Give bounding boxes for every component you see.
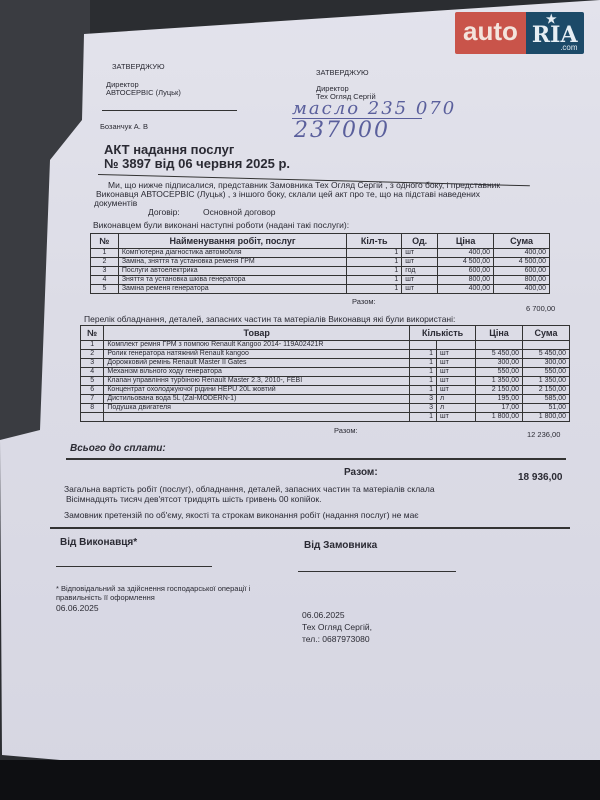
table-cell	[410, 341, 437, 350]
customer-date: 06.06.2025	[302, 610, 345, 620]
table-cell: 300,00	[523, 359, 570, 368]
column-header: №	[91, 234, 119, 249]
table-cell: 585,00	[523, 395, 570, 404]
table-cell	[476, 341, 523, 350]
customer-name: Тех Огляд Сергій,	[302, 622, 372, 632]
summary-text-1: Загальна вартість робіт (послуг), обладн…	[64, 484, 435, 494]
approve-left-heading: ЗАТВЕРДЖУЮ	[112, 62, 165, 71]
handwritten-note-2: 237000	[294, 118, 390, 143]
column-header: Товар	[104, 326, 410, 341]
works-total: 6 700,00	[526, 304, 555, 313]
watermark-auto: auto	[455, 12, 526, 54]
works-table: №Найменування робіт, послугКіл-тьОд.Ціна…	[90, 233, 550, 294]
table-cell: 6	[81, 386, 104, 395]
works-caption: Виконавцем були виконані наступні роботи…	[93, 220, 349, 230]
table-cell: 600,00	[494, 267, 550, 276]
table-cell: 195,00	[476, 395, 523, 404]
total-due-divider	[66, 458, 566, 460]
table-row: 8Подушка двигателя3л17,0051,00	[81, 404, 570, 413]
table-cell: шт	[402, 258, 438, 267]
parts-caption: Перелік обладнання, деталей, запасних ча…	[84, 314, 455, 324]
parts-table: №ТоварКількістьЦінаСума 1Комплект ремня …	[80, 325, 570, 422]
table-cell: 1	[347, 249, 402, 258]
intro-line-2: Виконавця АВТОСЕРВІС (Луцьк) , з іншого …	[96, 189, 480, 199]
table-cell: 5 450,00	[476, 350, 523, 359]
table-cell: 1	[410, 413, 437, 422]
table-cell: 3	[81, 359, 104, 368]
column-header: Сума	[523, 326, 570, 341]
works-total-label: Разом:	[352, 297, 376, 306]
executor-signature-line	[56, 566, 212, 567]
table-cell: 5 450,00	[523, 350, 570, 359]
summary-text-2: Вісімнадцять тисяч дев'ятсот тридцять ші…	[66, 494, 321, 504]
table-cell: шт	[436, 350, 475, 359]
handwritten-note-1: масло 235 070	[292, 98, 456, 119]
table-cell: Механізм вільного ходу генератора	[104, 368, 410, 377]
table-cell: Клапан управління турбіною Renault Maste…	[104, 377, 410, 386]
column-header: Ціна	[476, 326, 523, 341]
table-cell: 3	[410, 404, 437, 413]
act-title: АКТ надання послуг	[104, 142, 234, 157]
table-cell	[436, 341, 475, 350]
table-cell: шт	[402, 276, 438, 285]
table-cell: 400,00	[494, 285, 550, 294]
table-cell: 1 800,00	[476, 413, 523, 422]
table-row: 1Комплект ремня ГРМ з помпою Renault Kan…	[81, 341, 570, 350]
table-cell	[81, 413, 104, 422]
table-cell: 1 800,00	[523, 413, 570, 422]
table-cell: шт	[436, 386, 475, 395]
approve-left-signature-line	[102, 110, 237, 111]
table-cell: 1	[410, 359, 437, 368]
table-row: 4Зняття та установка шківа генератора1шт…	[91, 276, 550, 285]
customer-label: Від Замовника	[304, 540, 377, 551]
table-cell: 4 500,00	[438, 258, 494, 267]
table-row: 6Концентрат охолоджуючої рідини HEPU 20L…	[81, 386, 570, 395]
table-cell: Комплект ремня ГРМ з помпою Renault Kang…	[104, 341, 410, 350]
table-cell: 2	[81, 350, 104, 359]
approve-left-signer: Бозанчук А. В	[100, 122, 148, 131]
table-cell: 600,00	[438, 267, 494, 276]
table-cell: 400,00	[438, 249, 494, 258]
grand-total-label: Разом:	[344, 467, 378, 478]
table-cell: 1	[347, 258, 402, 267]
table-cell: 1	[91, 249, 119, 258]
table-cell: 17,00	[476, 404, 523, 413]
column-header: Найменування робіт, послуг	[118, 234, 346, 249]
parts-total: 12 236,00	[527, 430, 560, 439]
table-cell: 550,00	[523, 368, 570, 377]
parts-total-label: Разом:	[334, 426, 358, 435]
table-cell: 1	[410, 368, 437, 377]
table-cell: Заміна ременя генератора	[118, 285, 346, 294]
table-cell: 400,00	[494, 249, 550, 258]
table-cell: л	[436, 404, 475, 413]
table-cell: Зняття та установка шківа генератора	[118, 276, 346, 285]
table-cell: 8	[81, 404, 104, 413]
customer-phone: тел.: 0687973080	[302, 634, 370, 644]
background-bottom	[0, 760, 600, 800]
table-cell: 1	[410, 350, 437, 359]
total-due-label: Всього до сплати:	[70, 443, 166, 454]
table-cell: 3	[91, 267, 119, 276]
summary-text-3: Замовник претензій по об'єму, якості та …	[64, 510, 419, 520]
table-cell: 3	[410, 395, 437, 404]
table-cell: 1	[410, 386, 437, 395]
table-cell: 300,00	[476, 359, 523, 368]
contract-value: Основной договор	[203, 207, 276, 217]
grand-total: 18 936,00	[518, 472, 563, 483]
column-header: Од.	[402, 234, 438, 249]
table-cell: Комп'ютерна діагностика автомобіля	[118, 249, 346, 258]
column-header: Кіл-ть	[347, 234, 402, 249]
column-header: Кількість	[410, 326, 476, 341]
executor-date: 06.06.2025	[56, 603, 99, 613]
table-cell: Заміна, зняття та установка ременя ГРМ	[118, 258, 346, 267]
table-row: 3Дорожковий ремінь Renault Master II Gat…	[81, 359, 570, 368]
table-cell	[104, 413, 410, 422]
column-header: №	[81, 326, 104, 341]
table-cell: Дистильована вода 5L (Zal-MODERN-1)	[104, 395, 410, 404]
customer-signature-line	[298, 571, 456, 572]
table-cell: шт	[436, 377, 475, 386]
autoria-watermark: auto ★ RIA .com	[455, 12, 584, 54]
watermark-ria: ★ RIA .com	[526, 12, 584, 54]
table-cell: 1	[81, 341, 104, 350]
table-cell: шт	[436, 359, 475, 368]
table-cell: 400,00	[438, 285, 494, 294]
table-cell: 1 350,00	[523, 377, 570, 386]
column-header: Сума	[494, 234, 550, 249]
table-cell: 5	[81, 377, 104, 386]
table-cell: шт	[402, 285, 438, 294]
table-cell: 550,00	[476, 368, 523, 377]
table-cell: 5	[91, 285, 119, 294]
table-cell: 800,00	[438, 276, 494, 285]
table-cell: Дорожковий ремінь Renault Master II Gate…	[104, 359, 410, 368]
table-cell: 1 350,00	[476, 377, 523, 386]
table-cell: 1	[347, 276, 402, 285]
table-row: 2Заміна, зняття та установка ременя ГРМ1…	[91, 258, 550, 267]
intro-line-3: документів	[94, 198, 137, 208]
table-cell	[523, 341, 570, 350]
table-cell: Ролик генератора натяжний Renault kangoo	[104, 350, 410, 359]
table-row: 2Ролик генератора натяжний Renault kango…	[81, 350, 570, 359]
executor-note-2: правильність її оформлення	[56, 593, 155, 602]
table-cell: 1	[347, 267, 402, 276]
table-cell: 7	[81, 395, 104, 404]
act-number-date: № 3897 від 06 червня 2025 р.	[104, 156, 290, 171]
table-cell: 2 150,00	[476, 386, 523, 395]
table-cell: шт	[402, 249, 438, 258]
document-paper: ЗАТВЕРДЖУЮ Директор АВТОСЕРВІС (Луцьк) Б…	[0, 0, 600, 800]
star-icon: ★	[546, 12, 557, 26]
table-row: 5Клапан управління турбіною Renault Mast…	[81, 377, 570, 386]
table-cell: л	[436, 395, 475, 404]
table-cell: год	[402, 267, 438, 276]
table-cell: 1	[410, 377, 437, 386]
table-cell: Послуги автоелектрика	[118, 267, 346, 276]
table-cell: 51,00	[523, 404, 570, 413]
table-cell: 800,00	[494, 276, 550, 285]
table-cell: 4 500,00	[494, 258, 550, 267]
table-cell: шт	[436, 413, 475, 422]
table-cell: 4	[91, 276, 119, 285]
approve-right-heading: ЗАТВЕРДЖУЮ	[316, 68, 369, 77]
table-cell: Концентрат охолоджуючої рідини HEPU 20L …	[104, 386, 410, 395]
table-cell: 2 150,00	[523, 386, 570, 395]
table-cell: Подушка двигателя	[104, 404, 410, 413]
contract-label: Договір:	[148, 207, 180, 217]
summary-divider	[50, 527, 570, 529]
table-cell: 2	[91, 258, 119, 267]
table-row: 1шт1 800,001 800,00	[81, 413, 570, 422]
table-cell: шт	[436, 368, 475, 377]
executor-label: Від Виконавця*	[60, 537, 137, 548]
table-row: 3Послуги автоелектрика1год600,00600,00	[91, 267, 550, 276]
table-cell: 1	[347, 285, 402, 294]
approve-left-org: АВТОСЕРВІС (Луцьк)	[106, 88, 181, 97]
table-row: 5Заміна ременя генератора1шт400,00400,00	[91, 285, 550, 294]
column-header: Ціна	[438, 234, 494, 249]
table-row: 4Механізм вільного ходу генератора1шт550…	[81, 368, 570, 377]
executor-note-1: * Відповідальний за здійснення господарс…	[56, 584, 250, 593]
table-row: 7Дистильована вода 5L (Zal-MODERN-1)3л19…	[81, 395, 570, 404]
table-row: 1Комп'ютерна діагностика автомобіля1шт40…	[91, 249, 550, 258]
table-cell: 4	[81, 368, 104, 377]
